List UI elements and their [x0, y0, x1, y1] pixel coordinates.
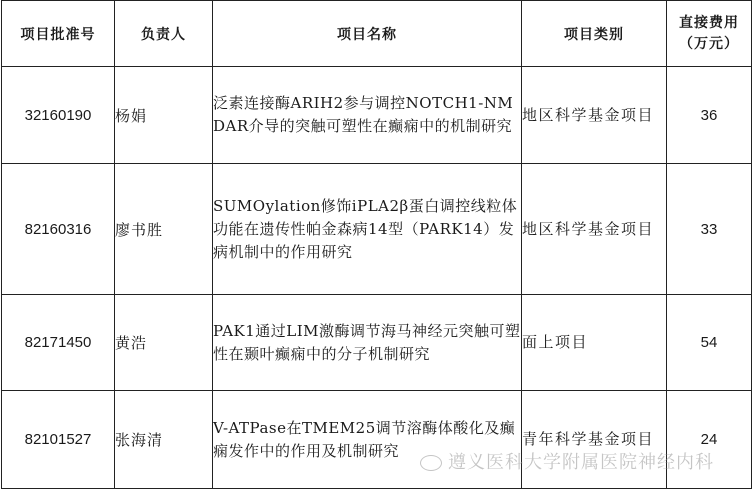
- header-fee-unit: （万元）: [667, 34, 751, 55]
- leader-cell: 杨娟: [115, 67, 213, 164]
- header-fee: 直接费用 （万元）: [667, 1, 752, 67]
- table-row: 82171450 黄浩 PAK1通过LIM激酶调节海马神经元突触可塑性在颞叶癫痫…: [2, 295, 752, 391]
- fee-cell: 36: [667, 67, 752, 164]
- category-cell: 地区科学基金项目: [522, 67, 667, 164]
- title-cell: 泛素连接酶ARIH2参与调控NOTCH1-NMDAR介导的突触可塑性在癫痫中的机…: [213, 67, 522, 164]
- category-cell: 地区科学基金项目: [522, 164, 667, 295]
- table-row: 32160190 杨娟 泛素连接酶ARIH2参与调控NOTCH1-NMDAR介导…: [2, 67, 752, 164]
- header-approval-no: 项目批准号: [2, 1, 115, 67]
- table-row: 82160316 廖书胜 SUMOylation修饰iPLA2β蛋白调控线粒体功…: [2, 164, 752, 295]
- title-cell: V-ATPase在TMEM25调节溶酶体酸化及癫痫发作中的作用及机制研究: [213, 391, 522, 489]
- approval-no-cell: 82101527: [2, 391, 115, 489]
- approval-no-cell: 82171450: [2, 295, 115, 391]
- category-cell: 青年科学基金项目: [522, 391, 667, 489]
- leader-cell: 黄浩: [115, 295, 213, 391]
- approval-no-cell: 82160316: [2, 164, 115, 295]
- title-cell: SUMOylation修饰iPLA2β蛋白调控线粒体功能在遗传性帕金森病14型（…: [213, 164, 522, 295]
- header-fee-label: 直接费用: [667, 13, 751, 34]
- leader-cell: 廖书胜: [115, 164, 213, 295]
- approval-no-cell: 32160190: [2, 67, 115, 164]
- title-cell: PAK1通过LIM激酶调节海马神经元突触可塑性在颞叶癫痫中的分子机制研究: [213, 295, 522, 391]
- leader-cell: 张海清: [115, 391, 213, 489]
- header-row: 项目批准号 负责人 项目名称 项目类别 直接费用 （万元）: [2, 1, 752, 67]
- category-cell: 面上项目: [522, 295, 667, 391]
- header-title: 项目名称: [213, 1, 522, 67]
- fee-cell: 24: [667, 391, 752, 489]
- header-leader: 负责人: [115, 1, 213, 67]
- fee-cell: 54: [667, 295, 752, 391]
- grant-table: 项目批准号 负责人 项目名称 项目类别 直接费用 （万元） 32160190 杨…: [1, 0, 752, 489]
- header-category: 项目类别: [522, 1, 667, 67]
- fee-cell: 33: [667, 164, 752, 295]
- table-row: 82101527 张海清 V-ATPase在TMEM25调节溶酶体酸化及癫痫发作…: [2, 391, 752, 489]
